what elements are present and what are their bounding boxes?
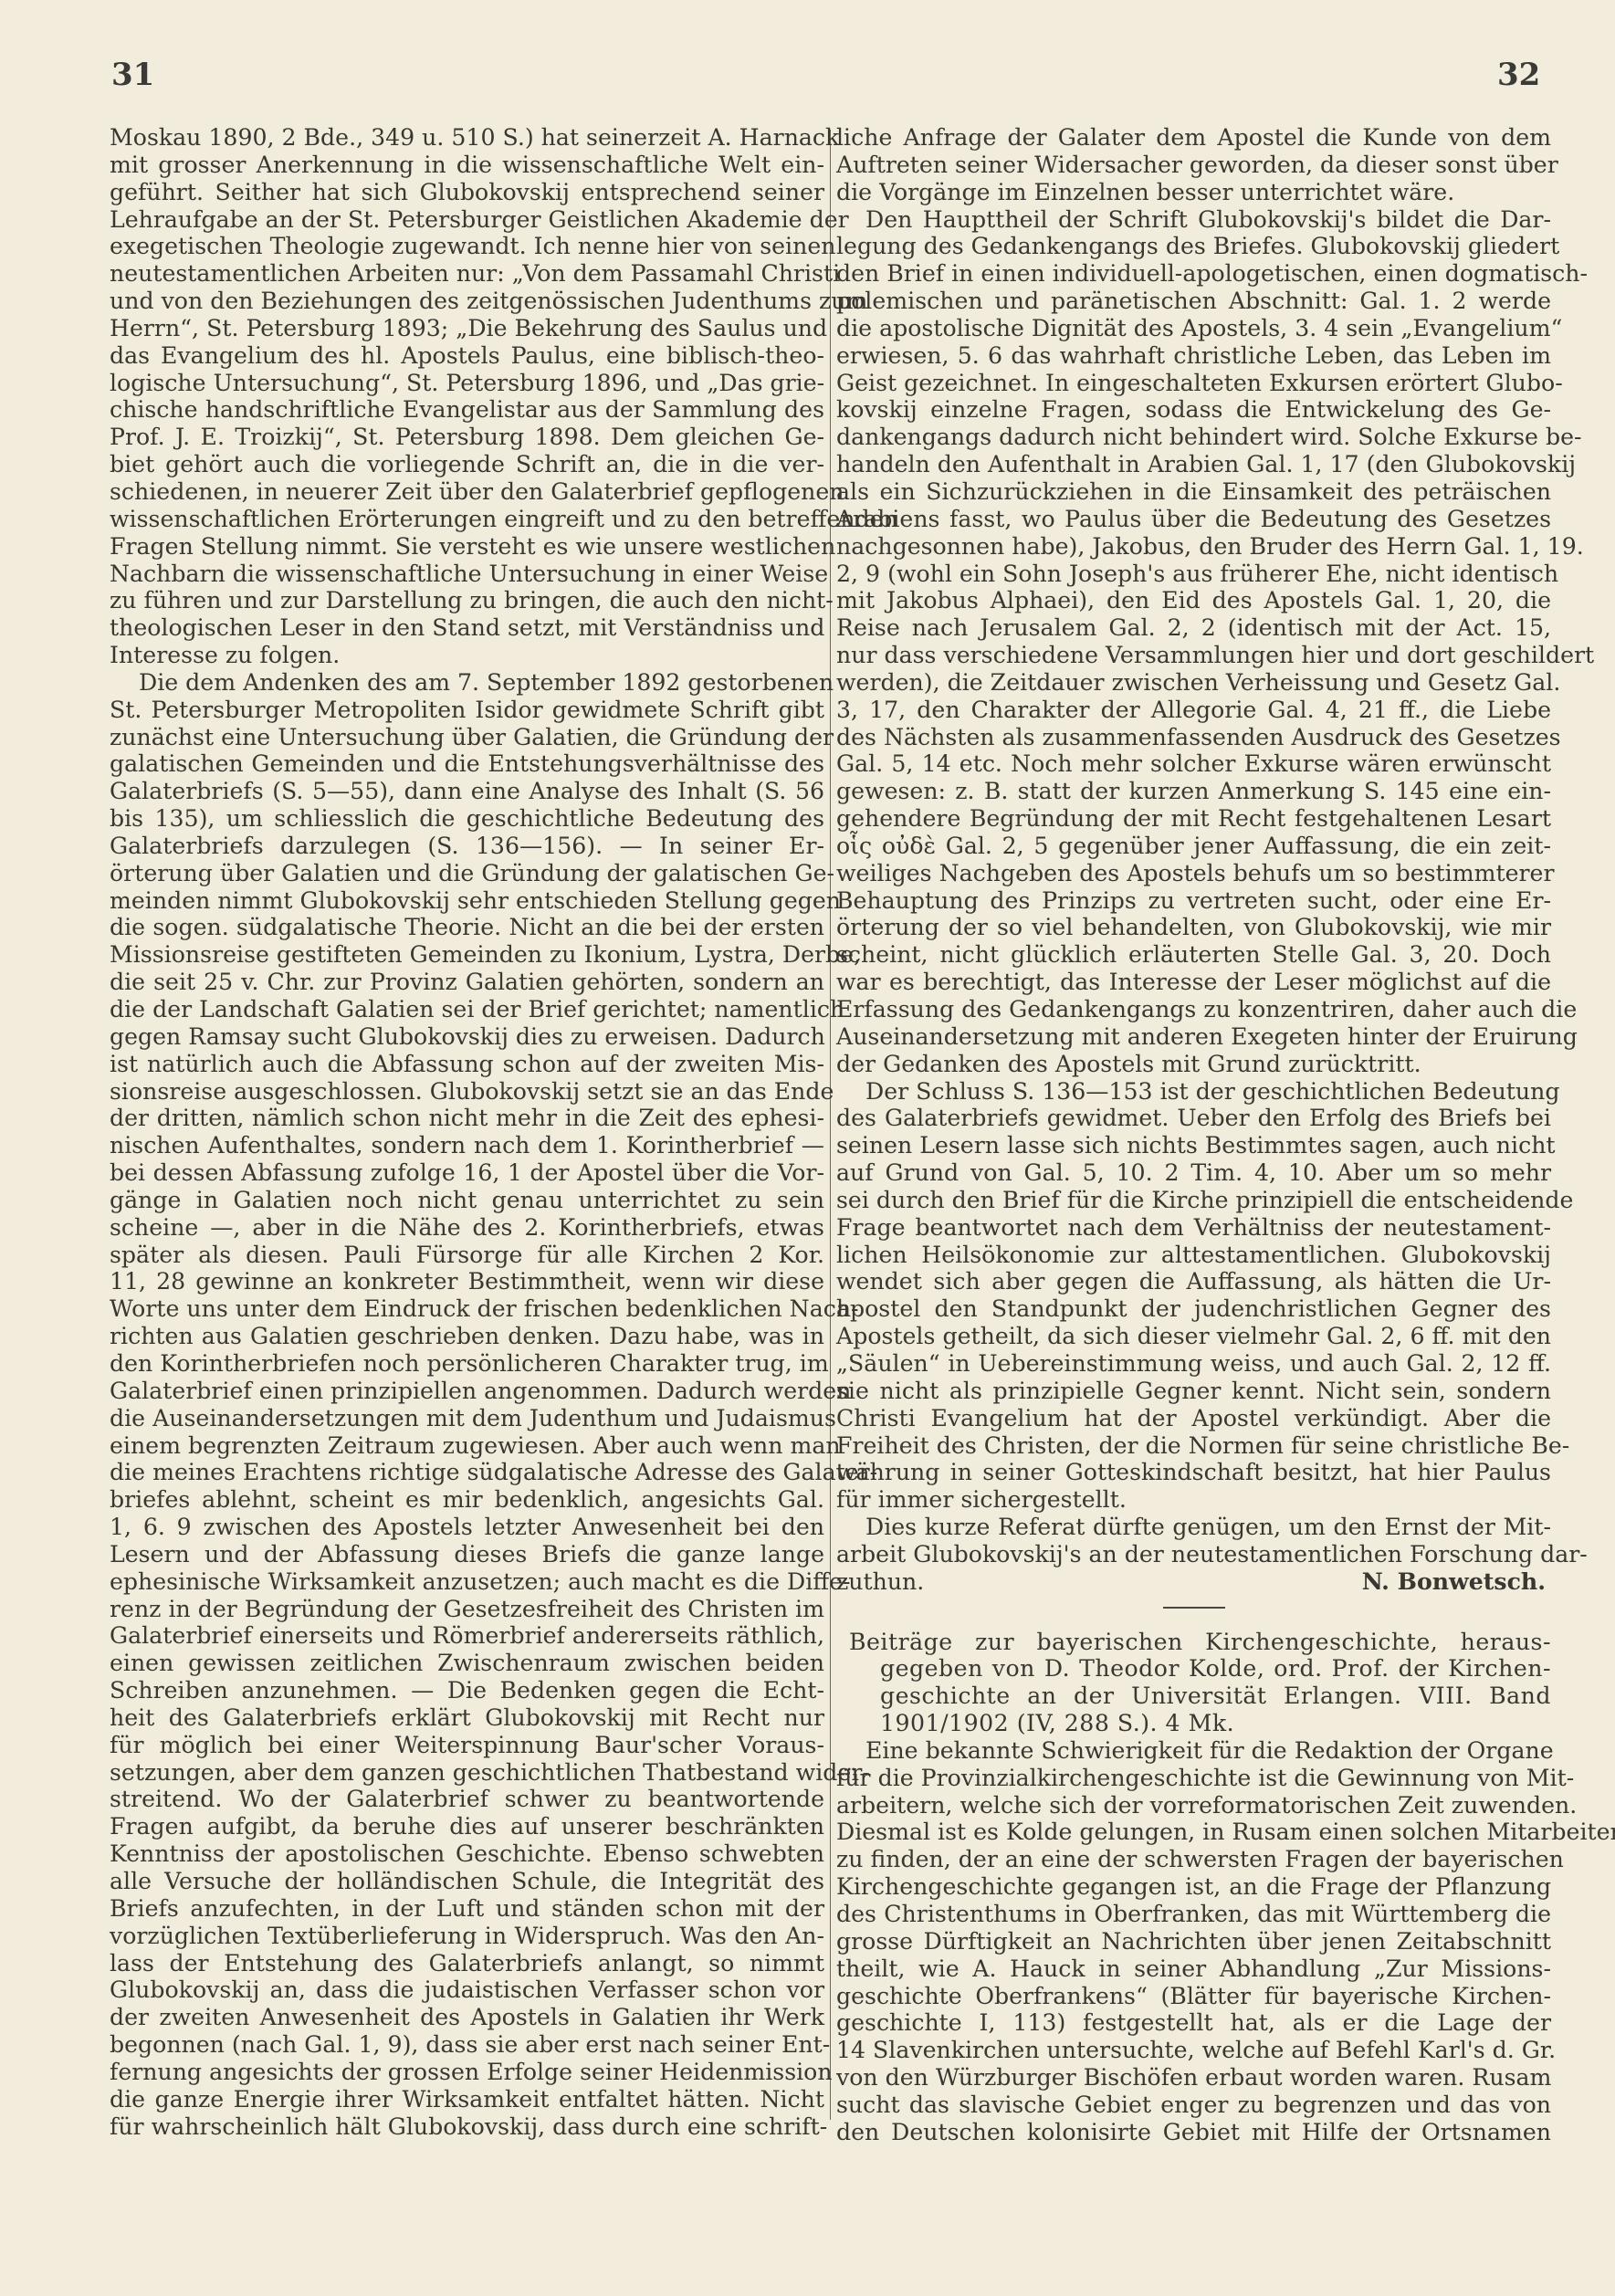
text-line: Christi Evangelium hat der Apostel verkü… [836,1405,1551,1432]
text-line: geschichte an der Universität Erlangen. … [836,1683,1551,1710]
text-line: Fragen Stellung nimmt. Sie versteht es w… [110,533,824,561]
text-line: nischen Aufenthaltes, sondern nach dem 1… [110,1132,824,1159]
text-line: die Auseinandersetzungen mit dem Judenth… [110,1405,824,1432]
paragraph: Den Haupttheil der Schrift Glubokovskij'… [836,206,1551,1078]
text-line: die apostolische Dignität des Apostels, … [836,315,1551,342]
text-line: die Vorgänge im Einzelnen besser unterri… [836,179,1551,206]
text-line: den Korintherbriefen noch persönlicheren… [110,1350,824,1378]
paragraph: Der Schluss S. 136—153 ist der geschicht… [836,1078,1551,1515]
text-line: 11, 28 gewinne an konkreter Bestimmtheit… [110,1268,824,1295]
text-line: weiliges Nachgeben des Apostels behufs u… [836,860,1551,887]
text-line: exegetischen Theologie zugewandt. Ich ne… [110,233,824,260]
paragraph: Dies kurze Referat dürfte genügen, um de… [836,1514,1551,1568]
reviewer-signature: N. Bonwetsch. [1362,1568,1551,1596]
text-line: Nachbarn die wissenschaftliche Untersuch… [110,561,824,588]
paragraph: Eine bekannte Schwierigkeit für die Reda… [836,1737,1551,2146]
text-line: Frage beantwortet nach dem Verhältniss d… [836,1214,1551,1242]
text-line: Briefs anzufechten, in der Luft und stän… [110,1895,824,1923]
text-line: sie nicht als prinzipielle Gegner kennt.… [836,1378,1551,1405]
text-line: Kirchengeschichte gegangen ist, an die F… [836,1873,1551,1901]
text-line: Lehraufgabe an der St. Petersburger Geis… [110,206,824,234]
text-line: den Deutschen kolonisirte Gebiet mit Hil… [836,2119,1551,2146]
text-line: logische Untersuchung“, St. Petersburg 1… [110,370,824,397]
signature-line: zuthun. N. Bonwetsch. [836,1568,1551,1596]
text-line: Kenntniss der apostolischen Geschichte. … [110,1840,824,1868]
text-line: die seit 25 v. Chr. zur Provinz Galatien… [110,969,824,996]
text-line: die sogen. südgalatische Theorie. Nicht … [110,914,824,941]
text-line: chische handschriftliche Evangelistar au… [110,396,824,424]
text-line: erwiesen, 5. 6 das wahrhaft christliche … [836,342,1551,370]
text-line: die ganze Energie ihrer Wirksamkeit entf… [110,2086,824,2113]
text-line: sionsreise ausgeschlossen. Glubokovskij … [110,1078,824,1106]
text-line: ephesinische Wirksamkeit anzusetzen; auc… [110,1568,824,1596]
text-line: theilt, wie A. Hauck in seiner Abhandlun… [836,1955,1551,1983]
text-line: mit Jakobus Alphaei), den Eid des Aposte… [836,587,1551,614]
text-line: mit grosser Anerkennung in die wissensch… [110,152,824,179]
text-line: schiedenen, in neuerer Zeit über den Gal… [110,478,824,506]
text-line: Worte uns unter dem Eindruck der frische… [110,1295,824,1323]
text-line: für wahrscheinlich hält Glubokovskij, da… [110,2113,824,2141]
text-line: währung in seiner Gotteskindschaft besit… [836,1459,1551,1486]
text-line: auf Grund von Gal. 5, 10. 2 Tim. 4, 10. … [836,1159,1551,1187]
text-line: streitend. Wo der Galaterbrief schwer zu… [110,1786,824,1813]
text-line: heit des Galaterbriefs erklärt Glubokovs… [110,1704,824,1732]
text-line: 2, 9 (wohl ein Sohn Joseph's aus frühere… [836,561,1551,588]
text-line: Schreiben anzunehmen. — Die Bedenken geg… [110,1677,824,1704]
text-line: der Gedanken des Apostels mit Grund zurü… [836,1051,1551,1078]
text-line: der dritten, nämlich schon nicht mehr in… [110,1105,824,1132]
text-line: 14 Slavenkirchen untersuchte, welche auf… [836,2037,1551,2064]
text-line: das Evangelium des hl. Apostels Paulus, … [110,342,824,370]
text-line: neutestamentlichen Arbeiten nur: „Von de… [110,260,824,288]
text-line: Missionsreise gestifteten Gemeinden zu I… [110,941,824,969]
text-line: apostel den Standpunkt der judenchristli… [836,1295,1551,1323]
text-line: liche Anfrage der Galater dem Apostel di… [836,124,1551,152]
text-line: für immer sichergestellt. [836,1486,1551,1514]
text-line: Gal. 5, 14 etc. Noch mehr solcher Exkurs… [836,750,1551,778]
text-line: Beiträge zur bayerischen Kirchengeschich… [836,1629,1551,1656]
text-line: gegeben von D. Theodor Kolde, ord. Prof.… [836,1655,1551,1683]
text-line: Den Haupttheil der Schrift Glubokovskij'… [836,206,1551,234]
text-line: Diesmal ist es Kolde gelungen, in Rusam … [836,1819,1551,1846]
page-number-left: 31 [111,57,154,93]
text-line: dankengangs dadurch nicht behindert wird… [836,424,1551,451]
text-line: für die Provinzialkirchengeschichte ist … [836,1765,1551,1792]
text-line: Moskau 1890, 2 Bde., 349 u. 510 S.) hat … [110,124,824,152]
text-line: Eine bekannte Schwierigkeit für die Reda… [836,1737,1551,1765]
text-line: örterung der so viel behandelten, von Gl… [836,914,1551,941]
text-line: theologischen Leser in den Stand setzt, … [110,614,824,642]
text-line: Arabiens fasst, wo Paulus über die Bedeu… [836,506,1551,533]
text-line: 1, 6. 9 zwischen des Apostels letzter An… [110,1514,824,1541]
text-line: der zweiten Anwesenheit des Apostels in … [110,2004,824,2031]
text-line: örterung über Galatien und die Gründung … [110,860,824,887]
text-line: des Nächsten als zusammenfassenden Ausdr… [836,724,1551,751]
text-line: gewesen: z. B. statt der kurzen Anmerkun… [836,778,1551,805]
book-entry-heading: Beiträge zur bayerischen Kirchengeschich… [836,1629,1551,1737]
text-line: handeln den Aufenthalt in Arabien Gal. 1… [836,451,1551,478]
text-line: Auseinandersetzung mit anderen Exegeten … [836,1023,1551,1051]
text-line: wissenschaftlichen Erörterungen eingreif… [110,506,824,533]
text-line: bis 135), um schliesslich die geschichtl… [110,805,824,833]
column-divider [830,130,831,2120]
text-line: Herrn“, St. Petersburg 1893; „Die Bekehr… [110,315,824,342]
text-line: Galaterbrief einerseits und Römerbrief a… [110,1622,824,1650]
text-line: geführt. Seither hat sich Glubokovskij e… [110,179,824,206]
text-line: als ein Sichzurückziehen in die Einsamke… [836,478,1551,506]
text-line: später als diesen. Pauli Fürsorge für al… [110,1242,824,1269]
section-separator [1163,1607,1225,1609]
text-line: galatischen Gemeinden und die Entstehung… [110,750,824,778]
text-line: werden), die Zeitdauer zwischen Verheiss… [836,669,1551,697]
text-line: Galaterbriefs darzulegen (S. 136—156). —… [110,833,824,860]
text-line: Die dem Andenken des am 7. September 189… [110,669,824,697]
text-line: Geist gezeichnet. In eingeschalteten Exk… [836,370,1551,397]
text-line: war es berechtigt, das Interesse der Les… [836,969,1551,996]
text-line: des Galaterbriefs gewidmet. Ueber den Er… [836,1105,1551,1132]
text-line: Der Schluss S. 136—153 ist der geschicht… [836,1078,1551,1106]
right-column: liche Anfrage der Galater dem Apostel di… [836,124,1551,2146]
text-line: zunächst eine Untersuchung über Galatien… [110,724,824,751]
text-line: fernung angesichts der grossen Erfolge s… [110,2059,824,2086]
text-line: sucht das slavische Gebiet enger zu begr… [836,2092,1551,2119]
text-line: nur dass verschiedene Versammlungen hier… [836,642,1551,669]
text-line: Fragen aufgibt, da beruhe dies auf unser… [110,1813,824,1840]
text-line: biet gehört auch die vorliegende Schrift… [110,451,824,478]
text-line: Behauptung des Prinzips zu vertreten suc… [836,887,1551,915]
text-line: von den Würzburger Bischöfen erbaut word… [836,2064,1551,2092]
text-line: grosse Dürftigkeit an Nachrichten über j… [836,1928,1551,1955]
text-line: meinden nimmt Glubokovskij sehr entschie… [110,887,824,915]
text-line: zu finden, der an eine der schwersten Fr… [836,1846,1551,1873]
text-line: den Brief in einen individuell-apologeti… [836,260,1551,288]
text-line: wendet sich aber gegen die Auffassung, a… [836,1268,1551,1295]
paragraph: Moskau 1890, 2 Bde., 349 u. 510 S.) hat … [110,124,824,669]
text-line: für möglich bei einer Weiterspinnung Bau… [110,1732,824,1759]
text-line: Dies kurze Referat dürfte genügen, um de… [836,1514,1551,1541]
text-line: Auftreten seiner Widersacher geworden, d… [836,152,1551,179]
text-line: ist natürlich auch die Abfassung schon a… [110,1051,824,1078]
text-line: Prof. J. E. Troizkij“, St. Petersburg 18… [110,424,824,451]
paragraph-end: zuthun. [836,1568,924,1596]
text-line: Apostels getheilt, da sich dieser vielme… [836,1323,1551,1350]
paragraph: liche Anfrage der Galater dem Apostel di… [836,124,1551,206]
text-line: gänge in Galatien noch nicht genau unter… [110,1187,824,1214]
text-line: gegen Ramsay sucht Glubokovskij dies zu … [110,1023,824,1051]
text-line: Erfassung des Gedankengangs zu konzentri… [836,996,1551,1023]
text-line: alle Versuche der holländischen Schule, … [110,1868,824,1895]
text-line: seinen Lesern lasse sich nichts Bestimmt… [836,1132,1551,1159]
text-line: briefes ablehnt, scheint es mir bedenkli… [110,1486,824,1514]
text-line: lichen Heilsökonomie zur alttestamentlic… [836,1242,1551,1269]
paragraph: Die dem Andenken des am 7. September 189… [110,669,824,2141]
text-line: des Christenthums in Oberfranken, das mi… [836,1901,1551,1928]
text-line: 3, 17, den Charakter der Allegorie Gal. … [836,697,1551,724]
text-line: Interesse zu folgen. [110,642,824,669]
text-line: Freiheit des Christen, der die Normen fü… [836,1432,1551,1460]
text-line: einem begrenzten Zeitraum zugewiesen. Ab… [110,1432,824,1460]
text-line: sei durch den Brief für die Kirche prinz… [836,1187,1551,1214]
text-line: nachgesonnen habe), Jakobus, den Bruder … [836,533,1551,561]
text-line: geschichte I, 113) festgestellt hat, als… [836,2009,1551,2037]
text-line: Galaterbrief einen prinzipiellen angenom… [110,1378,824,1405]
text-line: setzungen, aber dem ganzen geschichtlich… [110,1759,824,1787]
text-line: Galaterbriefs (S. 5—55), dann eine Analy… [110,778,824,805]
text-line: richten aus Galatien geschrieben denken.… [110,1323,824,1350]
text-line: Lesern und der Abfassung dieses Briefs d… [110,1541,824,1568]
text-line: begonnen (nach Gal. 1, 9), dass sie aber… [110,2031,824,2059]
text-line: die meines Erachtens richtige südgalatis… [110,1459,824,1486]
text-line: scheine —, aber in die Nähe des 2. Korin… [110,1214,824,1242]
text-line: Glubokovskij an, dass die judaistischen … [110,1976,824,2004]
text-line: scheint, nicht glücklich erläuterten Ste… [836,941,1551,969]
text-line: lass der Entstehung des Galaterbriefs an… [110,1950,824,1977]
text-line: und von den Beziehungen des zeitgenössis… [110,288,824,315]
text-line: polemischen und paränetischen Abschnitt:… [836,288,1551,315]
text-line: οἷς οὐδὲ Gal. 2, 5 gegenüber jener Auffa… [836,833,1551,860]
text-line: kovskij einzelne Fragen, sodass die Entw… [836,396,1551,424]
page-number-right: 32 [1497,57,1540,93]
text-line: arbeitern, welche sich der vorreformator… [836,1792,1551,1819]
text-line: die der Landschaft Galatien sei der Brie… [110,996,824,1023]
text-line: bei dessen Abfassung zufolge 16, 1 der A… [110,1159,824,1187]
text-line: renz in der Begründung der Gesetzesfreih… [110,1596,824,1623]
text-line: Reise nach Jerusalem Gal. 2, 2 (identisc… [836,614,1551,642]
text-line: 1901/1902 (IV, 288 S.). 4 Mk. [836,1710,1551,1737]
text-line: „Säulen“ in Uebereinstimmung weiss, und … [836,1350,1551,1378]
text-line: einen gewissen zeitlichen Zwischenraum z… [110,1650,824,1677]
text-line: arbeit Glubokovskij's an der neutestamen… [836,1541,1551,1568]
text-line: zu führen und zur Darstellung zu bringen… [110,587,824,614]
text-line: geschichte Oberfrankens“ (Blätter für ba… [836,1983,1551,2010]
text-line: St. Petersburger Metropoliten Isidor gew… [110,697,824,724]
left-column: Moskau 1890, 2 Bde., 349 u. 510 S.) hat … [110,124,824,2140]
text-line: gehendere Begründung der mit Recht festg… [836,805,1551,833]
text-line: vorzüglichen Textüberlieferung in Widers… [110,1923,824,1950]
text-line: legung des Gedankengangs des Briefes. Gl… [836,233,1551,260]
